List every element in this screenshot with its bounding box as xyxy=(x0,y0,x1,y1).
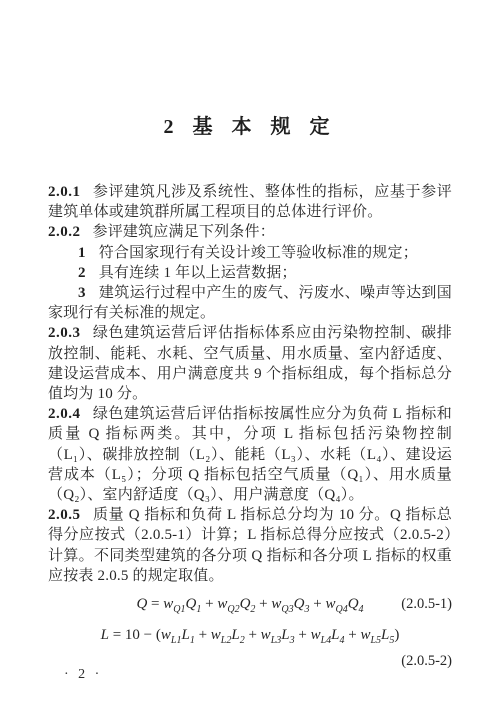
clause-number: 2.0.4 xyxy=(48,406,81,422)
clause-2-0-3: 2.0.3绿色建筑运营后评估指标体系应由污染物控制、碳排放控制、能耗、水耗、空气… xyxy=(48,323,452,404)
formula-q: Q = wQ1Q1 + wQ2Q2 + wQ3Q3 + wQ4Q4 xyxy=(136,596,363,612)
clause-2-0-2-item-3: 3建筑运行过程中产生的废气、污废水、噪声等达到国家现行有关标准的规定。 xyxy=(48,283,452,323)
clause-text: 绿色建筑运营后评估指标体系应由污染物控制、碳排放控制、能耗、水耗、空气质量、用水… xyxy=(48,325,452,402)
formula-l-label: (2.0.5-2) xyxy=(401,653,452,669)
formula-l-label-line: (2.0.5-2) xyxy=(48,648,452,674)
item-number: 2 xyxy=(78,265,86,281)
document-body: 2.0.1参评建筑凡涉及系统性、整体性的指标，应基于参评建筑单体或建筑群所属工程… xyxy=(48,182,452,674)
clause-number: 2.0.3 xyxy=(48,325,81,341)
formula-line-q: Q = wQ1Q1 + wQ2Q2 + wQ3Q3 + wQ4Q4 (2.0.5… xyxy=(48,591,452,617)
chapter-title: 2 基 本 规 定 xyxy=(48,112,452,142)
clause-2-0-2-item-1: 1符合国家现行有关设计竣工等验收标准的规定； xyxy=(48,243,452,263)
item-number: 3 xyxy=(78,285,86,301)
clause-number: 2.0.1 xyxy=(48,184,81,200)
clause-2-0-4: 2.0.4绿色建筑运营后评估指标按属性应分为负荷 L 指标和质量 Q 指标两类。… xyxy=(48,404,452,505)
clause-2-0-5: 2.0.5质量 Q 指标和负荷 L 指标总分均为 10 分。Q 指标总得分应按式… xyxy=(48,505,452,586)
item-text: 具有连续 1 年以上运营数据； xyxy=(99,265,297,281)
formula-l: L = 10 − (wL1L1 + wL2L2 + wL3L3 + wL4L4 … xyxy=(101,627,400,643)
clause-number: 2.0.2 xyxy=(48,224,81,240)
clause-2-0-2-item-2: 2具有连续 1 年以上运营数据； xyxy=(48,263,452,283)
clause-text: 参评建筑凡涉及系统性、整体性的指标，应基于参评建筑单体或建筑群所属工程项目的总体… xyxy=(48,184,452,220)
clause-2-0-1: 2.0.1参评建筑凡涉及系统性、整体性的指标，应基于参评建筑单体或建筑群所属工程… xyxy=(48,182,452,222)
item-text: 建筑运行过程中产生的废气、污废水、噪声等达到国家现行有关标准的规定。 xyxy=(48,285,452,321)
clause-number: 2.0.5 xyxy=(48,507,81,523)
clause-2-0-2: 2.0.2参评建筑应满足下列条件： xyxy=(48,222,452,242)
page-number: · 2 · xyxy=(64,667,102,683)
document-page: 2 基 本 规 定 2.0.1参评建筑凡涉及系统性、整体性的指标，应基于参评建筑… xyxy=(0,0,499,726)
item-text: 符合国家现行有关设计竣工等验收标准的规定； xyxy=(99,245,418,261)
formula-line-l: L = 10 − (wL1L1 + wL2L2 + wL3L3 + wL4L4 … xyxy=(48,622,452,648)
item-number: 1 xyxy=(78,245,86,261)
clause-text: 绿色建筑运营后评估指标按属性应分为负荷 L 指标和质量 Q 指标两类。其中，分项… xyxy=(48,406,452,503)
clause-text: 参评建筑应满足下列条件： xyxy=(93,224,275,240)
formula-q-label: (2.0.5-1) xyxy=(401,591,452,617)
clause-text: 质量 Q 指标和负荷 L 指标总分均为 10 分。Q 指标总得分应按式（2.0.… xyxy=(48,507,452,584)
